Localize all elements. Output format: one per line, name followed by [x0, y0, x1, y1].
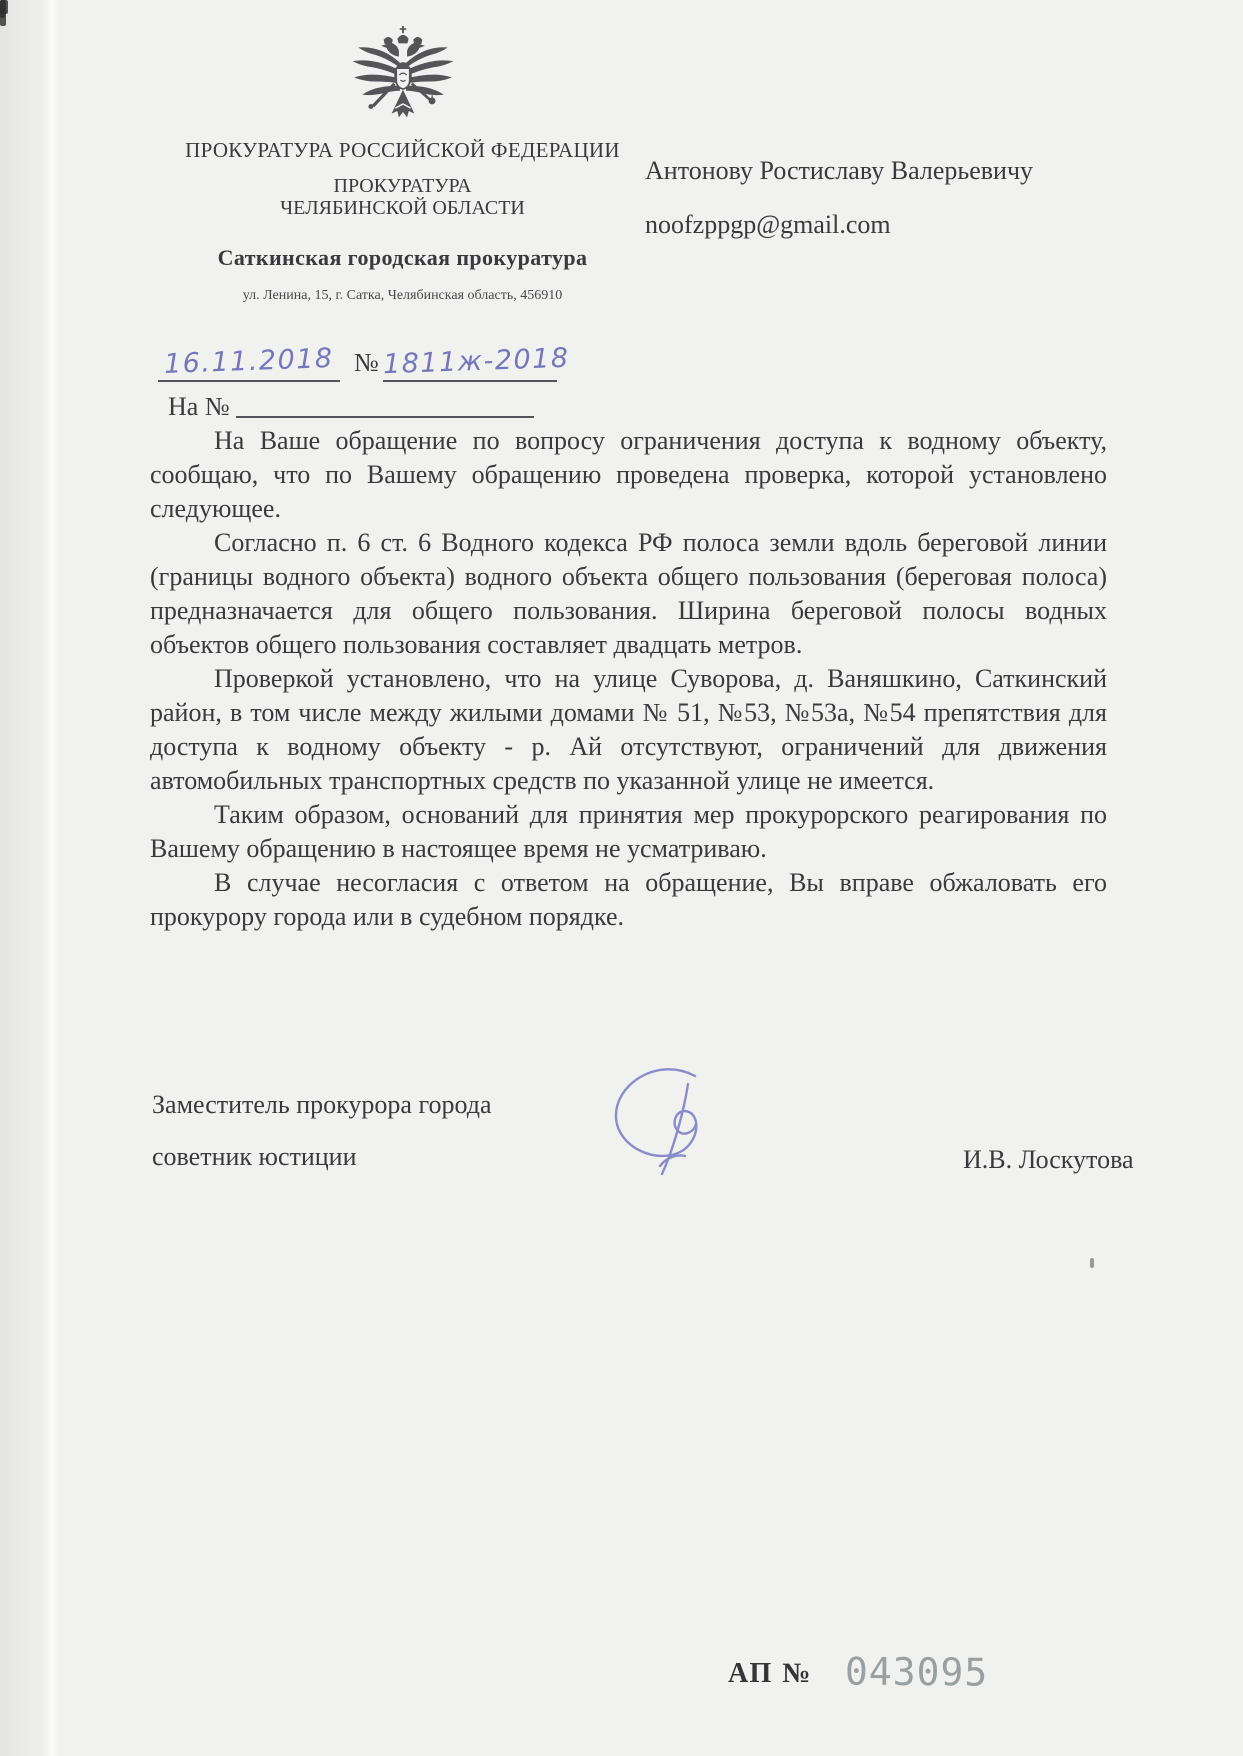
body-paragraph: Таким образом, оснований для принятия ме… [150, 798, 1107, 866]
body-paragraph: На Ваше обращение по вопросу ограничения… [150, 424, 1107, 526]
body-paragraph: В случае несогласия с ответом на обращен… [150, 866, 1107, 934]
org-name: Саткинская городская прокуратура [180, 245, 625, 271]
handwritten-number: 1811ж-2018 [382, 343, 569, 380]
handwritten-signature [600, 1062, 740, 1182]
recipient-name: Антонову Ростиславу Валерьевичу [645, 156, 1033, 186]
org-federation-line: ПРОКУРАТУРА РОССИЙСКОЙ ФЕДЕРАЦИИ [180, 138, 625, 163]
outgoing-date-field: 16.11.2018 [158, 346, 340, 382]
org-region-line-2: ЧЕЛЯБИНСКОЙ ОБЛАСТИ [180, 197, 625, 219]
letter-body: На Ваше обращение по вопросу ограничения… [150, 424, 1107, 934]
handwritten-date: 16.11.2018 [164, 343, 335, 380]
scan-artifact [1090, 1258, 1094, 1268]
org-address: ул. Ленина, 15, г. Сатка, Челябинская об… [180, 288, 625, 304]
signer-name: И.В. Лоскутова [963, 1145, 1134, 1175]
reply-number-blank [236, 392, 534, 418]
outgoing-number-field: 1811ж-2018 [383, 346, 557, 382]
body-paragraph: Проверкой установлено, что на улице Суво… [150, 662, 1107, 798]
scan-artifact [0, 0, 5, 18]
coat-of-arms-icon [341, 26, 465, 132]
form-series-label: АП № [728, 1658, 812, 1690]
body-paragraph: Согласно п. 6 ст. 6 Водного кодекса РФ п… [150, 526, 1107, 662]
form-number-stamp: 043095 [845, 1650, 989, 1695]
scan-edge-highlight [44, 0, 60, 1756]
recipient-email: noofzppgp@gmail.com [645, 210, 891, 240]
signer-position-line-2: советник юстиции [152, 1142, 357, 1172]
scanned-letter-page: ПРОКУРАТУРА РОССИЙСКОЙ ФЕДЕРАЦИИ ПРОКУРА… [0, 0, 1243, 1756]
letterhead: ПРОКУРАТУРА РОССИЙСКОЙ ФЕДЕРАЦИИ ПРОКУРА… [180, 26, 625, 304]
signer-position-line-1: Заместитель прокурора города [152, 1090, 492, 1120]
org-region-line-1: ПРОКУРАТУРА [180, 175, 625, 197]
reply-reference-line: На № [168, 392, 534, 418]
outgoing-reference-line: 16.11.2018№1811ж-2018 [158, 346, 557, 382]
number-sign-label: № [354, 348, 379, 382]
reply-label: На № [168, 392, 230, 418]
org-region-line: ПРОКУРАТУРА ЧЕЛЯБИНСКОЙ ОБЛАСТИ [180, 175, 625, 219]
